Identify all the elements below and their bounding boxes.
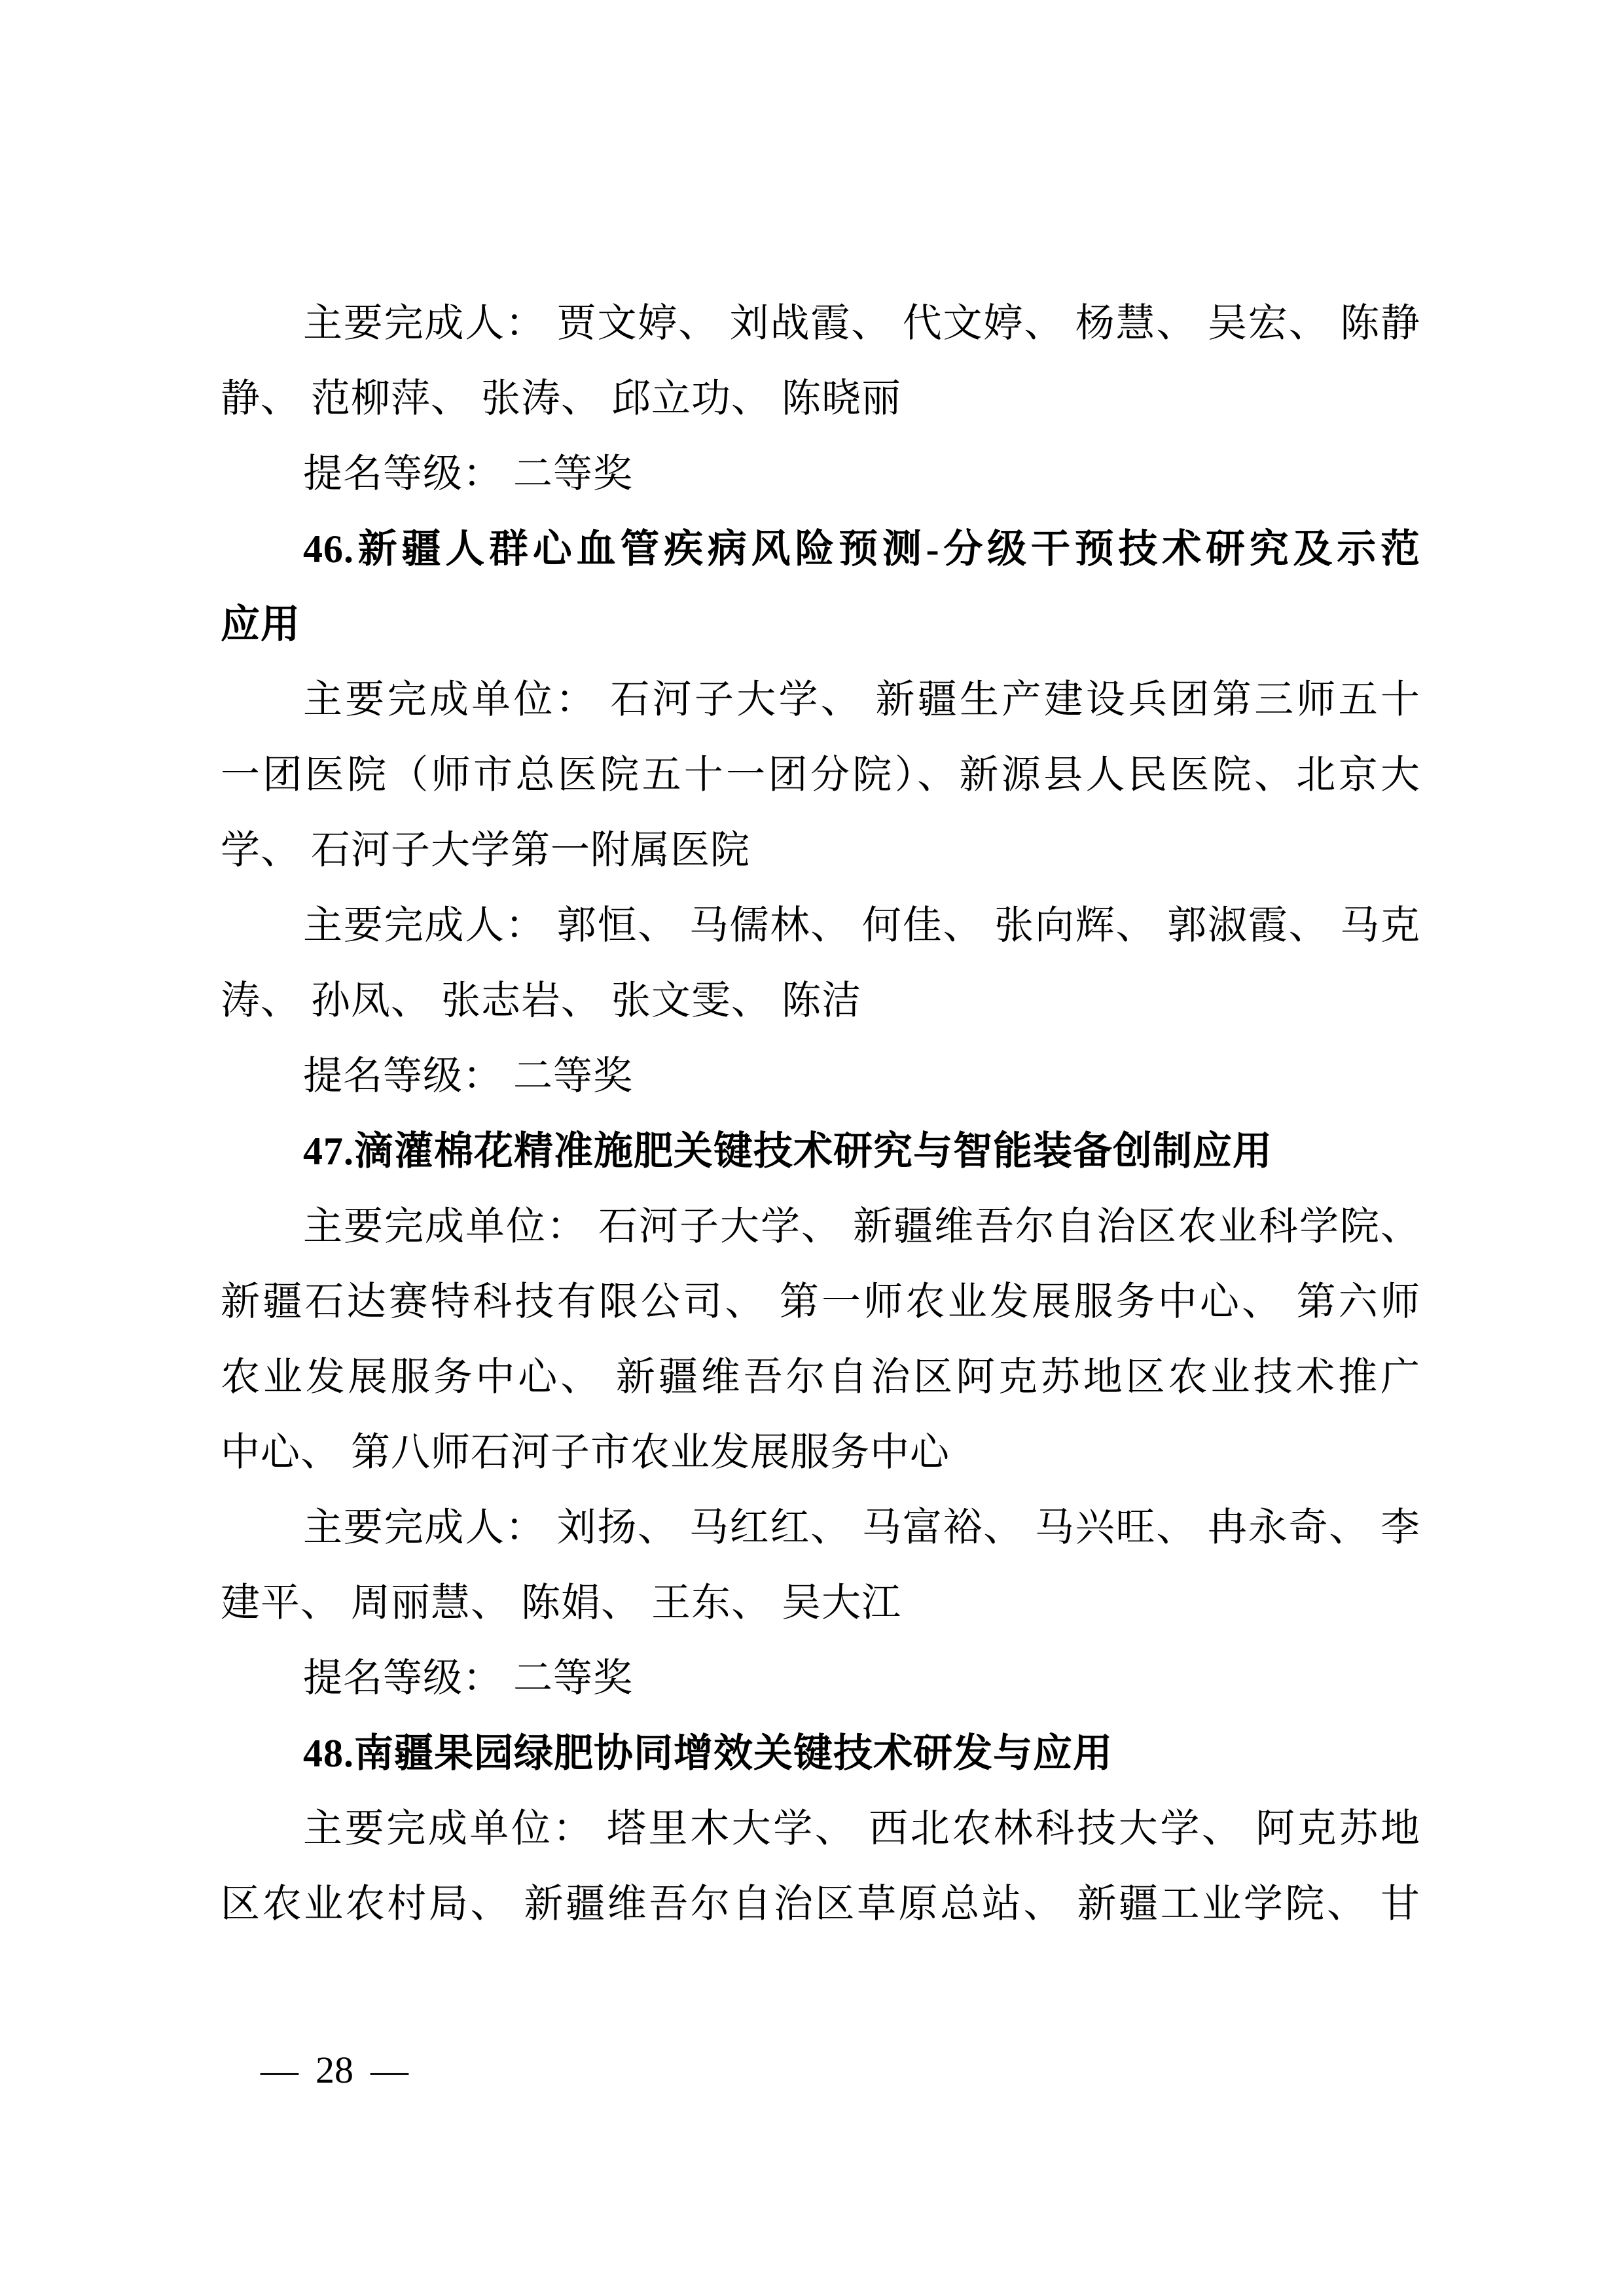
footer-dash-right: —: [370, 2049, 408, 2091]
page-number: 28: [298, 2049, 370, 2091]
completing-units-line: 区农业农村局、 新疆维吾尔自治区草原总站、 新疆工业学院、 甘: [221, 1867, 1420, 1942]
completing-units-line: 中心、 第八师石河子市农业发展服务中心: [221, 1415, 1420, 1490]
completing-units-line: 主要完成单位： 塔里木大学、 西北农林科技大学、 阿克苏地: [221, 1791, 1420, 1867]
award-grade-line: 提名等级： 二等奖: [221, 1641, 1420, 1716]
section-heading-46-cont: 应用: [221, 587, 1420, 662]
section-heading-48: 48.南疆果园绿肥协同增效关键技术研发与应用: [221, 1716, 1420, 1791]
completers-line: 静、 范柳萍、 张涛、 邱立功、 陈晓丽: [221, 361, 1420, 437]
document-page: 主要完成人： 贾文婷、 刘战霞、 代文婷、 杨慧、 吴宏、 陈静 静、 范柳萍、…: [0, 0, 1624, 2296]
award-grade-line: 提名等级： 二等奖: [221, 437, 1420, 512]
document-content: 主要完成人： 贾文婷、 刘战霞、 代文婷、 杨慧、 吴宏、 陈静 静、 范柳萍、…: [221, 286, 1420, 1942]
completers-line: 主要完成人： 贾文婷、 刘战霞、 代文婷、 杨慧、 吴宏、 陈静: [221, 286, 1420, 361]
page-footer: —28—: [261, 2047, 408, 2093]
section-heading-46: 46.新疆人群心血管疾病风险预测-分级干预技术研究及示范: [221, 512, 1420, 587]
completing-units-line: 新疆石达赛特科技有限公司、 第一师农业发展服务中心、 第六师: [221, 1265, 1420, 1340]
completers-line: 主要完成人： 刘扬、 马红红、 马富裕、 马兴旺、 冉永奇、 李: [221, 1490, 1420, 1566]
completing-units-line: 一团医院（师市总医院五十一团分院）、新源县人民医院、北京大: [221, 738, 1420, 813]
award-grade-line: 提名等级： 二等奖: [221, 1039, 1420, 1114]
footer-dash-left: —: [261, 2049, 298, 2091]
completing-units-line: 主要完成单位： 石河子大学、 新疆维吾尔自治区农业科学院、: [221, 1189, 1420, 1265]
section-heading-47: 47.滴灌棉花精准施肥关键技术研究与智能装备创制应用: [221, 1114, 1420, 1189]
completers-line: 主要完成人： 郭恒、 马儒林、 何佳、 张向辉、 郭淑霞、 马克: [221, 888, 1420, 963]
completers-line: 建平、 周丽慧、 陈娟、 王东、 吴大江: [221, 1566, 1420, 1641]
completing-units-line: 主要完成单位： 石河子大学、 新疆生产建设兵团第三师五十: [221, 662, 1420, 738]
completers-line: 涛、 孙凤、 张志岩、 张文雯、 陈洁: [221, 963, 1420, 1039]
completing-units-line: 农业发展服务中心、 新疆维吾尔自治区阿克苏地区农业技术推广: [221, 1340, 1420, 1415]
completing-units-line: 学、 石河子大学第一附属医院: [221, 813, 1420, 888]
